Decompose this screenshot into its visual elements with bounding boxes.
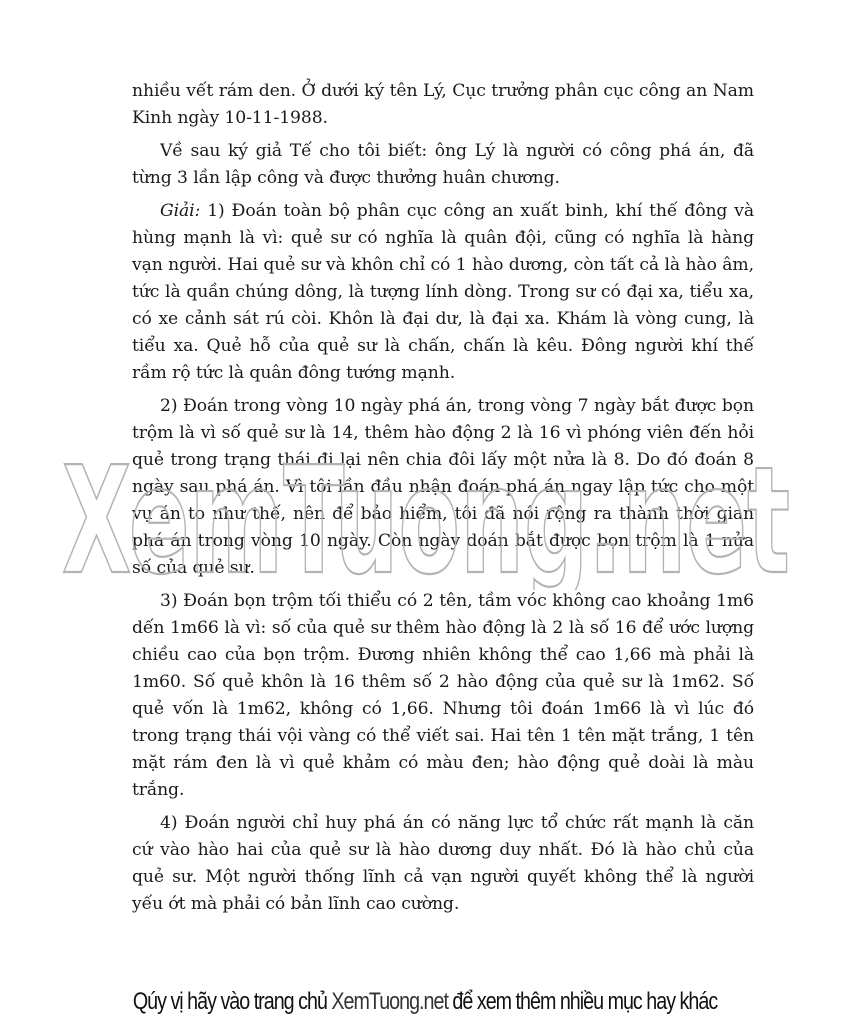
- footer-text-before: Qúy vị hãy vào trang chủ: [133, 988, 332, 1015]
- paragraph-journalist-note: Về sau ký giả Tế cho tôi biết: ông Lý là…: [132, 138, 754, 192]
- paragraph-text: 4) Đoán người chỉ huy phá án có năng lực…: [132, 813, 754, 914]
- solution-label: Giải:: [160, 201, 200, 221]
- paragraph-solution-4: 4) Đoán người chỉ huy phá án có năng lực…: [132, 810, 754, 918]
- paragraph-solution-1: Giải: 1) Đoán toàn bộ phân cục công an x…: [132, 198, 754, 387]
- paragraph-solution-2: 2) Đoán trong vòng 10 ngày phá án, trong…: [132, 393, 754, 582]
- paragraph-text: 3) Đoán bọn trộm tối thiểu có 2 tên, tầm…: [132, 591, 754, 800]
- footer-text-after: để xem thêm nhiều mục hay khác: [448, 988, 717, 1015]
- footer-site-link[interactable]: XemTuong.net: [331, 988, 448, 1015]
- paragraph-text: 1) Đoán toàn bộ phân cục công an xuất bi…: [132, 201, 754, 383]
- paragraph-text: nhiều vết rám den. Ở dưới ký tên Lý, Cục…: [132, 81, 754, 128]
- paragraph-continuation: nhiều vết rám den. Ở dưới ký tên Lý, Cục…: [132, 78, 754, 132]
- paragraph-text: 2) Đoán trong vòng 10 ngày phá án, trong…: [132, 396, 754, 578]
- book-page: nhiều vết rám den. Ở dưới ký tên Lý, Cục…: [132, 78, 754, 924]
- paragraph-solution-3: 3) Đoán bọn trộm tối thiểu có 2 tên, tầm…: [132, 588, 754, 804]
- paragraph-text: Về sau ký giả Tế cho tôi biết: ông Lý là…: [132, 141, 754, 188]
- footer-banner: Qúy vị hãy vào trang chủ XemTuong.net để…: [77, 982, 774, 1022]
